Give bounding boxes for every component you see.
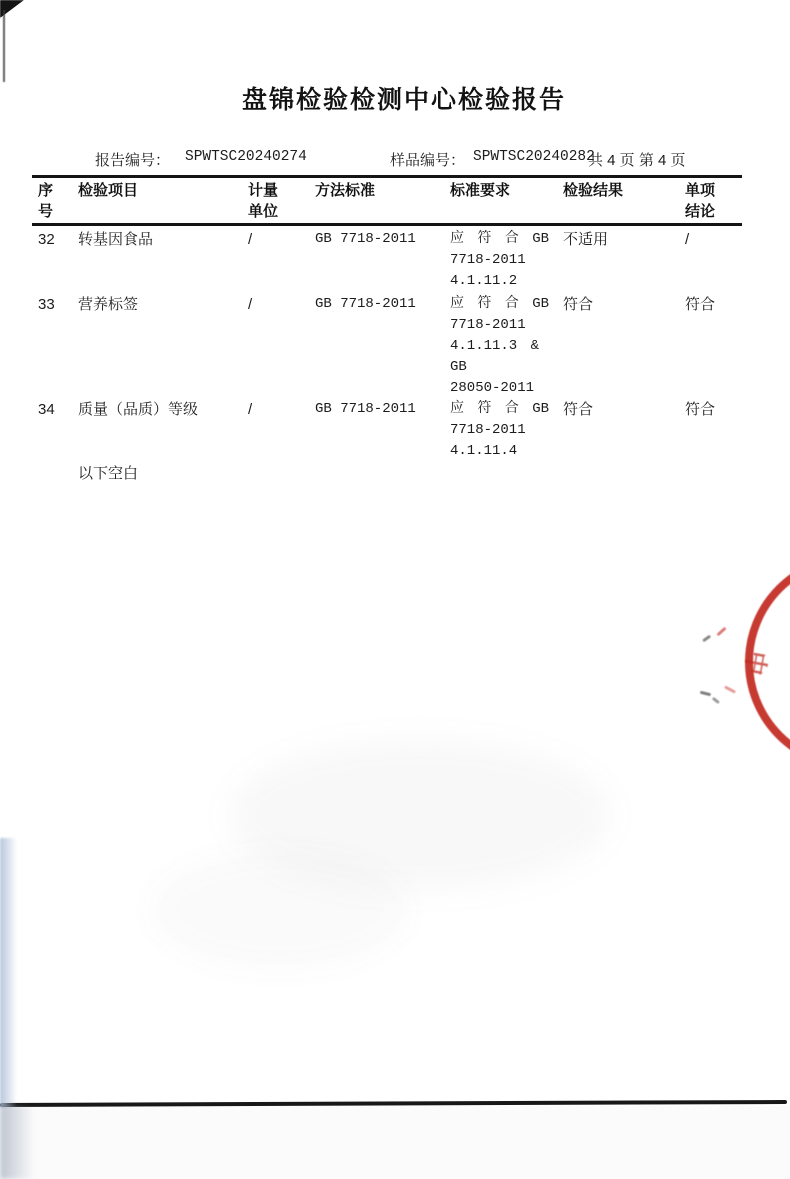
sample-number-value: SPWTSC20240282 [473,149,595,165]
cell-unit: / [245,399,315,462]
scanned-report-page: 盘锦检验检测中心检验报告 报告编号： SPWTSC20240274 样品编号： … [0,0,790,1179]
cell-item: 转基因食品 [78,229,245,294]
test-results-table: 序号 检验项目 计量单位 方法标准 标准要求 检验结果 单项结论 32 转基因食… [32,175,742,484]
page-title: 盘锦检验检测中心检验报告 [0,80,790,116]
header-no: 序号 [32,180,78,222]
cell-result: 符合 [555,399,680,462]
cell-method: GB 7718-2011 [315,294,450,399]
cell-requirement: 应 符 合 GB 7718-2011 4.1.11.4 [450,399,555,462]
end-of-content-note: 以下空白 [78,463,742,484]
cell-requirement: 应 符 合 GB 7718-2011 4.1.11.2 [450,229,555,294]
cell-no: 34 [32,399,78,462]
header-item: 检验项目 [78,180,245,222]
cell-no: 32 [32,229,78,294]
header-unit: 计量单位 [245,180,315,222]
header-method: 方法标准 [315,180,450,222]
scan-edge-shadow [0,838,20,1108]
cell-result: 不适用 [555,229,680,294]
table-header-row: 序号 检验项目 计量单位 方法标准 标准要求 检验结果 单项结论 [32,175,742,226]
scan-edge-shadow [0,1106,34,1179]
cell-conclusion: 符合 [680,399,742,462]
ink-bleed-smudge [150,850,410,970]
cell-item: 质量（品质）等级 [78,399,245,462]
report-number-label: 报告编号： [95,149,170,170]
sample-number-label: 样品编号： [390,149,465,170]
report-number-value: SPWTSC20240274 [185,149,307,165]
table-body: 32 转基因食品 / GB 7718-2011 应 符 合 GB 7718-20… [32,226,742,484]
cell-item: 营养标签 [78,294,245,399]
cell-requirement: 应 符 合 GB 7718-2011 4.1.11.3 & GB 28050-2… [450,294,555,399]
table-row: 34 质量（品质）等级 / GB 7718-2011 应 符 合 GB 7718… [32,399,742,462]
table-row: 32 转基因食品 / GB 7718-2011 应 符 合 GB 7718-20… [32,229,742,294]
stray-ink-mark [702,635,711,642]
stray-ink-mark [700,691,711,696]
header-result: 检验结果 [555,180,680,222]
seal-ink-mark [716,627,726,637]
table-row: 33 营养标签 / GB 7718-2011 应 符 合 GB 7718-201… [32,294,742,399]
seal-ink-mark [724,685,736,693]
cell-conclusion: / [680,229,742,294]
page-count-indicator: 共 4 页 第 4 页 [588,149,686,170]
report-meta-row: 报告编号： SPWTSC20240274 样品编号： SPWTSC2024028… [0,149,790,169]
header-requirement: 标准要求 [450,180,555,222]
cell-result: 符合 [555,294,680,399]
stray-ink-mark [712,697,720,704]
cell-method: GB 7718-2011 [315,399,450,462]
header-conclusion: 单项结论 [680,180,742,222]
scan-bed-area [0,1106,790,1179]
scan-corner-hairline [3,10,5,82]
cell-no: 33 [32,294,78,399]
cell-method: GB 7718-2011 [315,229,450,294]
seal-character: 中 [739,649,778,679]
cell-unit: / [245,294,315,399]
cell-unit: / [245,229,315,294]
cell-conclusion: 符合 [680,294,742,399]
